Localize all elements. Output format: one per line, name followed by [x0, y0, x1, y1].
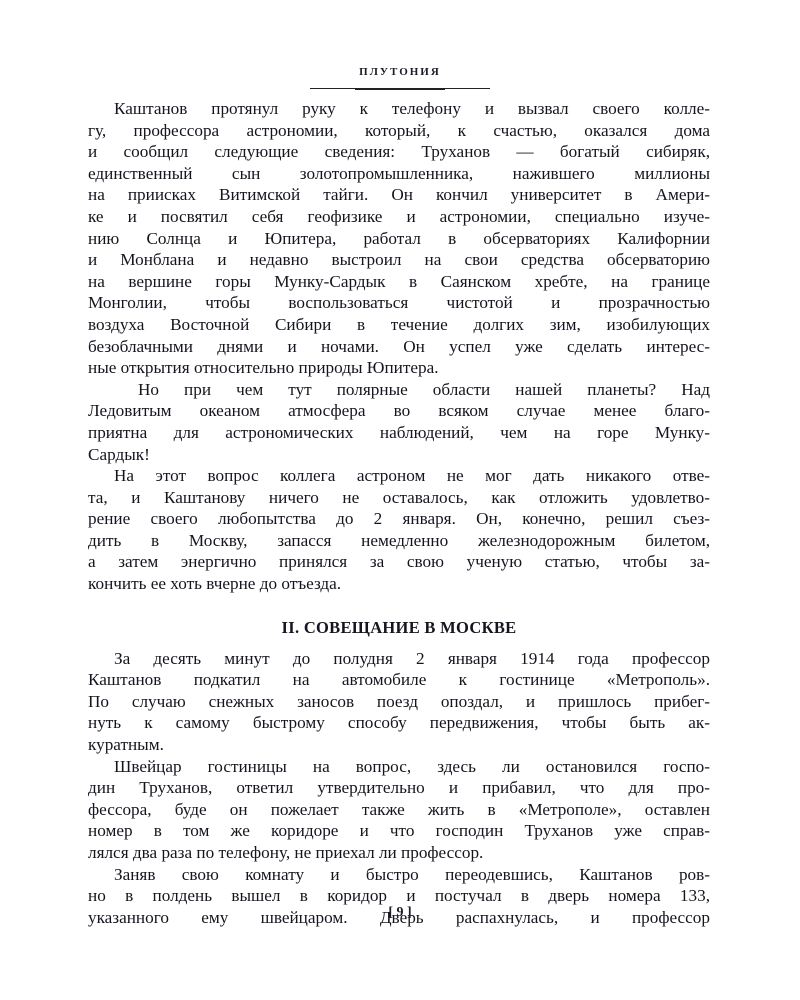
text-line: а затем энергично принялся за свою учену…	[88, 551, 710, 573]
text-line: на вершине горы Мунку-Сардык в Саянском …	[88, 271, 710, 293]
text-line: Сардык!	[88, 444, 710, 466]
text-line: За десять минут до полудня 2 января 1914…	[88, 648, 710, 670]
text-line: на приисках Витимской тайги. Он кончил у…	[88, 184, 710, 206]
section-heading: II. СОВЕЩАНИЕ В МОСКВЕ	[88, 605, 710, 648]
text-line: Каштанов протянул руку к телефону и вызв…	[88, 98, 710, 120]
page-body: Каштанов протянул руку к телефону и вызв…	[88, 98, 710, 928]
text-line: На этот вопрос коллега астроном не мог д…	[88, 465, 710, 487]
text-line: ные открытия относительно природы Юпитер…	[88, 357, 710, 379]
text-line: Швейцар гостиницы на вопрос, здесь ли ос…	[88, 756, 710, 778]
page-number: [ 9 ]	[0, 905, 800, 921]
text-line: рение своего любопытства до 2 января. Он…	[88, 508, 710, 530]
text-line: номер в том же коридоре и что господин Т…	[88, 820, 710, 842]
text-line: фессора, буде он пожелает также жить в «…	[88, 799, 710, 821]
text-line: лялся два раза по телефону, не приехал л…	[88, 842, 710, 864]
paragraph: На этот вопрос коллега астроном не мог д…	[88, 465, 710, 595]
text-line: Монголии, чтобы воспользоваться чистотой…	[88, 292, 710, 314]
paragraph: Каштанов протянул руку к телефону и вызв…	[88, 98, 710, 379]
text-line: та, и Каштанову ничего не оставалось, ка…	[88, 487, 710, 509]
text-line: дин Труханов, ответил утвердительно и пр…	[88, 777, 710, 799]
text-line: нию Солнца и Юпитера, работал в обсерват…	[88, 228, 710, 250]
header-rule-accent	[355, 88, 445, 90]
text-line: Заняв свою комнату и быстро переодевшись…	[88, 864, 710, 886]
text-line: ке и посвятил себя геофизике и астрономи…	[88, 206, 710, 228]
text-line: дить в Москву, запасся немедленно железн…	[88, 530, 710, 552]
text-line: единственный сын золотопромышленника, на…	[88, 163, 710, 185]
text-line: Но при чем тут полярные области нашей пл…	[88, 379, 710, 401]
text-line: кончить ее хоть вчерне до отъезда.	[88, 573, 710, 595]
text-line: гу, профессора астрономии, который, к сч…	[88, 120, 710, 142]
text-line: воздуха Восточной Сибири в течение долги…	[88, 314, 710, 336]
text-line: По случаю снежных заносов поезд опоздал,…	[88, 691, 710, 713]
text-line: нуть к самому быстрому способу передвиже…	[88, 712, 710, 734]
text-line: безоблачными днями и ночами. Он успел уж…	[88, 336, 710, 358]
text-line: куратным.	[88, 734, 710, 756]
text-line: но в полдень вышел в коридор и постучал …	[88, 885, 710, 907]
text-line: и Монблана и недавно выстроил на свои ср…	[88, 249, 710, 271]
paragraph: Но при чем тут полярные области нашей пл…	[88, 379, 710, 465]
text-line: приятна для астрономических наблюдений, …	[88, 422, 710, 444]
text-line: Ледовитым океаном атмосфера во всяком сл…	[88, 400, 710, 422]
text-line: Каштанов подкатил на автомобиле к гостин…	[88, 669, 710, 691]
paragraph: За десять минут до полудня 2 января 1914…	[88, 648, 710, 756]
text-line: и сообщил следующие сведения: Труханов —…	[88, 141, 710, 163]
running-head: ПЛУТОНИЯ	[0, 66, 800, 78]
paragraph: Швейцар гостиницы на вопрос, здесь ли ос…	[88, 756, 710, 864]
